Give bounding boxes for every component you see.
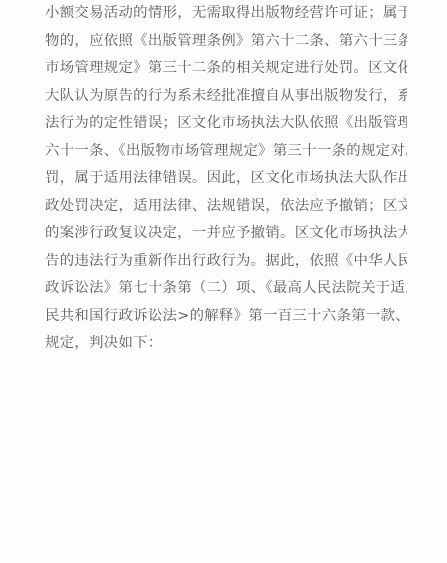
text-line: 市场管理规定》第三十二条的相关规定进行处罚。区文化市场执法 xyxy=(45,58,407,78)
text-line: 规定，判决如下： xyxy=(45,333,407,353)
text-line: 告的违法行为重新作出行政行为。据此，依照《中华人民共和国行 xyxy=(45,251,407,271)
text-line: 政诉讼法》第七十条第（二）项、《最高人民法院关于适用<中华人 xyxy=(45,278,407,298)
text-line: 物的，应依照《出版管理条例》第六十二条、第六十三条、《出版物 xyxy=(45,31,407,51)
text-line: 民共和国行政诉讼法>的解释》第一百三十六条第一款、第三款之 xyxy=(45,306,407,326)
document-page: 小额交易活动的情形，无需取得出版物经营许可证；属于违禁出版 物的，应依照《出版管… xyxy=(0,0,447,563)
text-line: 大队认为原告的行为系未经批准擅自从事出版物发行，系对原告违 xyxy=(45,86,407,106)
text-line: 的案涉行政复议决定，一并应予撤销。区文化市场执法大队应对原 xyxy=(45,223,407,243)
text-line: 小额交易活动的情形，无需取得出版物经营许可证；属于违禁出版 xyxy=(45,3,407,23)
text-line: 六十一条、《出版物市场管理规定》第三十一条的规定对原告进行处 xyxy=(45,141,407,161)
text-line: 政处罚决定，适用法律、法规错误，依法应予撤销；区文旅局作出 xyxy=(45,196,407,216)
text-line: 法行为的定性错误；区文化市场执法大队依照《出版管理条例》第 xyxy=(45,113,407,133)
text-line: 罚，属于适用法律错误。因此，区文化市场执法大队作出的案涉行 xyxy=(45,168,407,188)
